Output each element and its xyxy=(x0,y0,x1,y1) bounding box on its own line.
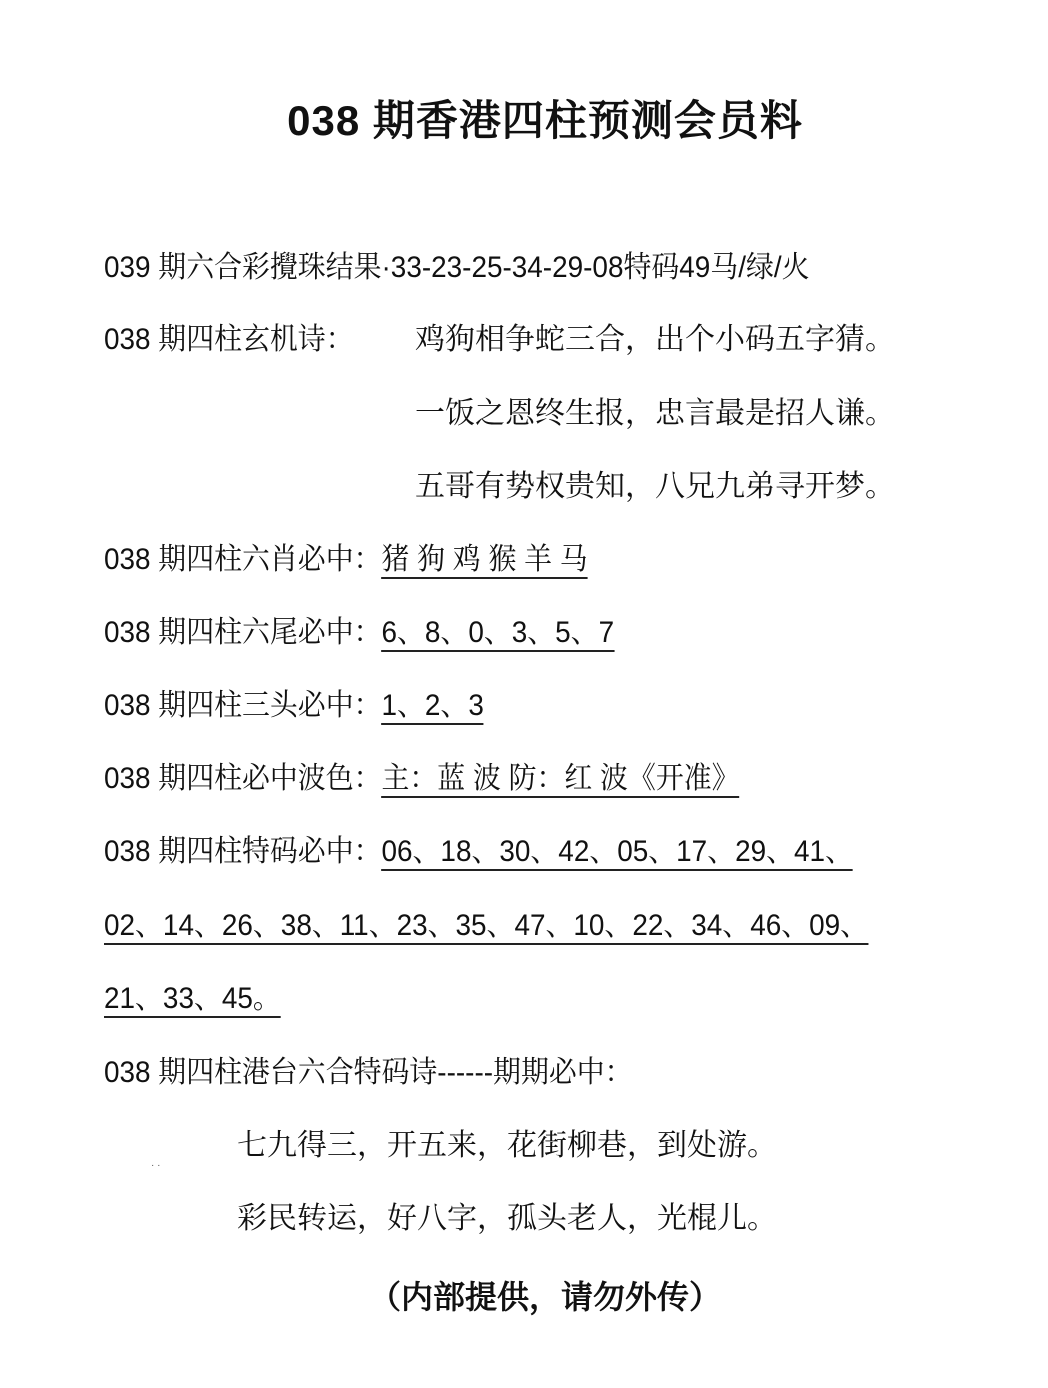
three-heads-line: 038 期四柱三头必中：1、2、3 xyxy=(104,686,484,726)
special-poem-label: 038 期四柱港台六合特码诗------期期必中： xyxy=(104,1053,633,1093)
mystery-poem-line-3: 五哥有势权贵知，八兄九弟寻开梦。 xyxy=(415,467,895,507)
stray-marks: · · xyxy=(151,1160,160,1171)
six-tails-value: 6、8、0、3、5、7 xyxy=(382,616,615,652)
special-numbers-label: 038 期四柱特码必中： xyxy=(104,835,382,868)
three-heads-label: 038 期四柱三头必中： xyxy=(104,689,382,722)
special-numbers-value-3: 21、33、45。 xyxy=(104,982,281,1018)
wave-color-label: 038 期四柱必中波色： xyxy=(104,762,382,795)
wave-color-value: 主：蓝 波 防：红 波《开准》 xyxy=(382,762,740,798)
six-tails-line: 038 期四柱六尾必中：6、8、0、3、5、7 xyxy=(104,613,614,653)
six-zodiac-line: 038 期四柱六肖必中：猪 狗 鸡 猴 羊 马 xyxy=(104,540,588,580)
draw-result-label: 039 期六合彩攪珠结果· xyxy=(104,251,391,284)
mystery-poem-label: 038 期四柱玄机诗： xyxy=(104,320,354,360)
special-numbers-line-3: 21、33、45。 xyxy=(104,979,281,1019)
special-poem-line-2: 彩民转运，好八字，孤头老人，光棍儿。 xyxy=(237,1199,777,1239)
draw-result-line: 039 期六合彩攪珠结果·33-23-25-34-29-08特码49马/绿/火 xyxy=(104,248,810,288)
mystery-poem-line-2: 一饭之恩终生报，忠言最是招人谦。 xyxy=(415,394,895,434)
special-poem-line-1: 七九得三，开五来，花街柳巷，到处游。 xyxy=(237,1126,777,1166)
special-numbers-value-2: 02、14、26、38、11、23、35、47、10、22、34、46、09、 xyxy=(104,909,868,945)
special-numbers-value-1: 06、18、30、42、05、17、29、41、 xyxy=(382,835,853,871)
footer-note: （内部提供，请勿外传） xyxy=(0,1272,1048,1318)
special-numbers-line-1: 038 期四柱特码必中：06、18、30、42、05、17、29、41、 xyxy=(104,832,853,872)
draw-result-value: 33-23-25-34-29-08特码49马/绿/火 xyxy=(391,251,810,284)
six-tails-label: 038 期四柱六尾必中： xyxy=(104,616,382,649)
six-zodiac-label: 038 期四柱六肖必中： xyxy=(104,543,382,576)
mystery-poem-line-1: 鸡狗相争蛇三合，出个小码五字猜。 xyxy=(415,320,895,360)
page-title: 038 期香港四柱预测会员料 xyxy=(0,88,1048,148)
special-numbers-line-2: 02、14、26、38、11、23、35、47、10、22、34、46、09、 xyxy=(104,906,868,946)
wave-color-line: 038 期四柱必中波色：主：蓝 波 防：红 波《开准》 xyxy=(104,759,740,799)
three-heads-value: 1、2、3 xyxy=(382,689,484,725)
six-zodiac-value: 猪 狗 鸡 猴 羊 马 xyxy=(382,543,588,579)
